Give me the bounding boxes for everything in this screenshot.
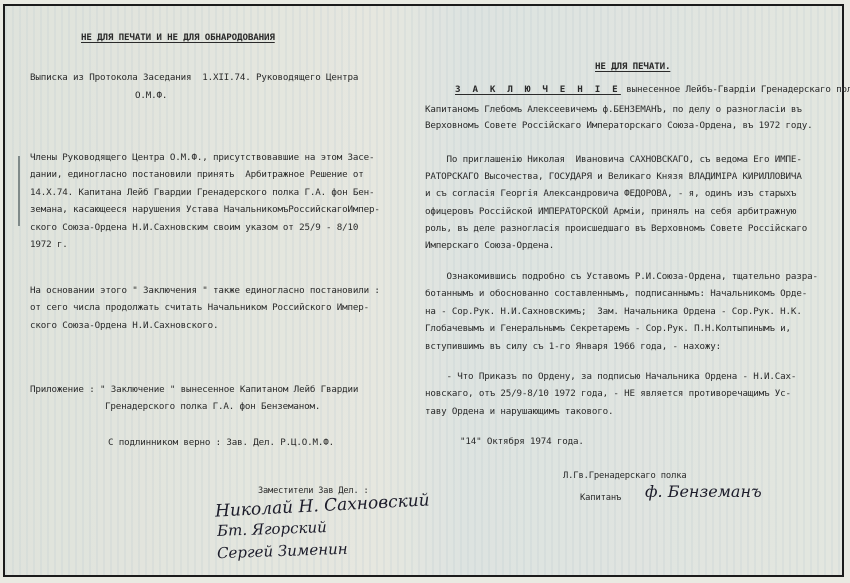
margin-mark [18,156,20,226]
left-paragraph-2: На основании этого " Заключения " также … [30,282,380,334]
appendix-line-2: Гренадерского полка Г.А. фон Бенземаном. [105,399,320,415]
right-paragraph-3: Ознакомившись подробно съ Уставомъ Р.И.С… [425,268,818,355]
appendix-line-1: Приложение : " Заключение " вынесенное К… [30,382,358,398]
certified-copy-line: С подлинником верно : Зав. Дел. Р.Ц.О.М.… [108,435,334,451]
protocol-extract-org: О.М.Ф. [135,88,167,104]
conclusion-heading: З А К Л Ю Ч Е Н I Е вынесенное Лейбъ-Гва… [455,82,850,98]
handwritten-signature: Сергей Зименин [217,540,348,563]
captain-label: Капитанъ [580,491,621,507]
conclusion-word: З А К Л Ю Ч Е Н I Е [455,84,621,95]
right-paragraph-4: - Что Приказъ по Ордену, за подписью Нач… [425,368,796,420]
right-paragraph-1: Капитаномъ Глебомъ Алексеевичемъ ф.БЕНЗЕ… [425,102,812,133]
document-date: "14" Октября 1974 года. [460,434,584,450]
left-paragraph-1: Члены Руководящего Центра О.М.Ф., присут… [30,149,380,253]
protocol-extract-heading: Выписка из Протокола Заседания 1.XII.74.… [30,70,358,86]
handwritten-signature: ф. Бенземанъ [645,482,762,501]
document-sheet: НЕ ДЛЯ ПЕЧАТИ И НЕ ДЛЯ ОБНАРОДОВАНИЯ Вып… [3,4,844,577]
handwritten-signature: Николай Н. Сахновский [215,490,430,521]
right-page-title: НЕ ДЛЯ ПЕЧАТИ. [595,59,670,75]
background-watermark [816,26,836,196]
right-paragraph-2: По приглашенiю Николая Ивановича САХНОВС… [425,151,807,254]
left-page-title: НЕ ДЛЯ ПЕЧАТИ И НЕ ДЛЯ ОБНАРОДОВАНИЯ [81,30,275,46]
handwritten-signature: Бт. Ягорский [217,518,327,540]
